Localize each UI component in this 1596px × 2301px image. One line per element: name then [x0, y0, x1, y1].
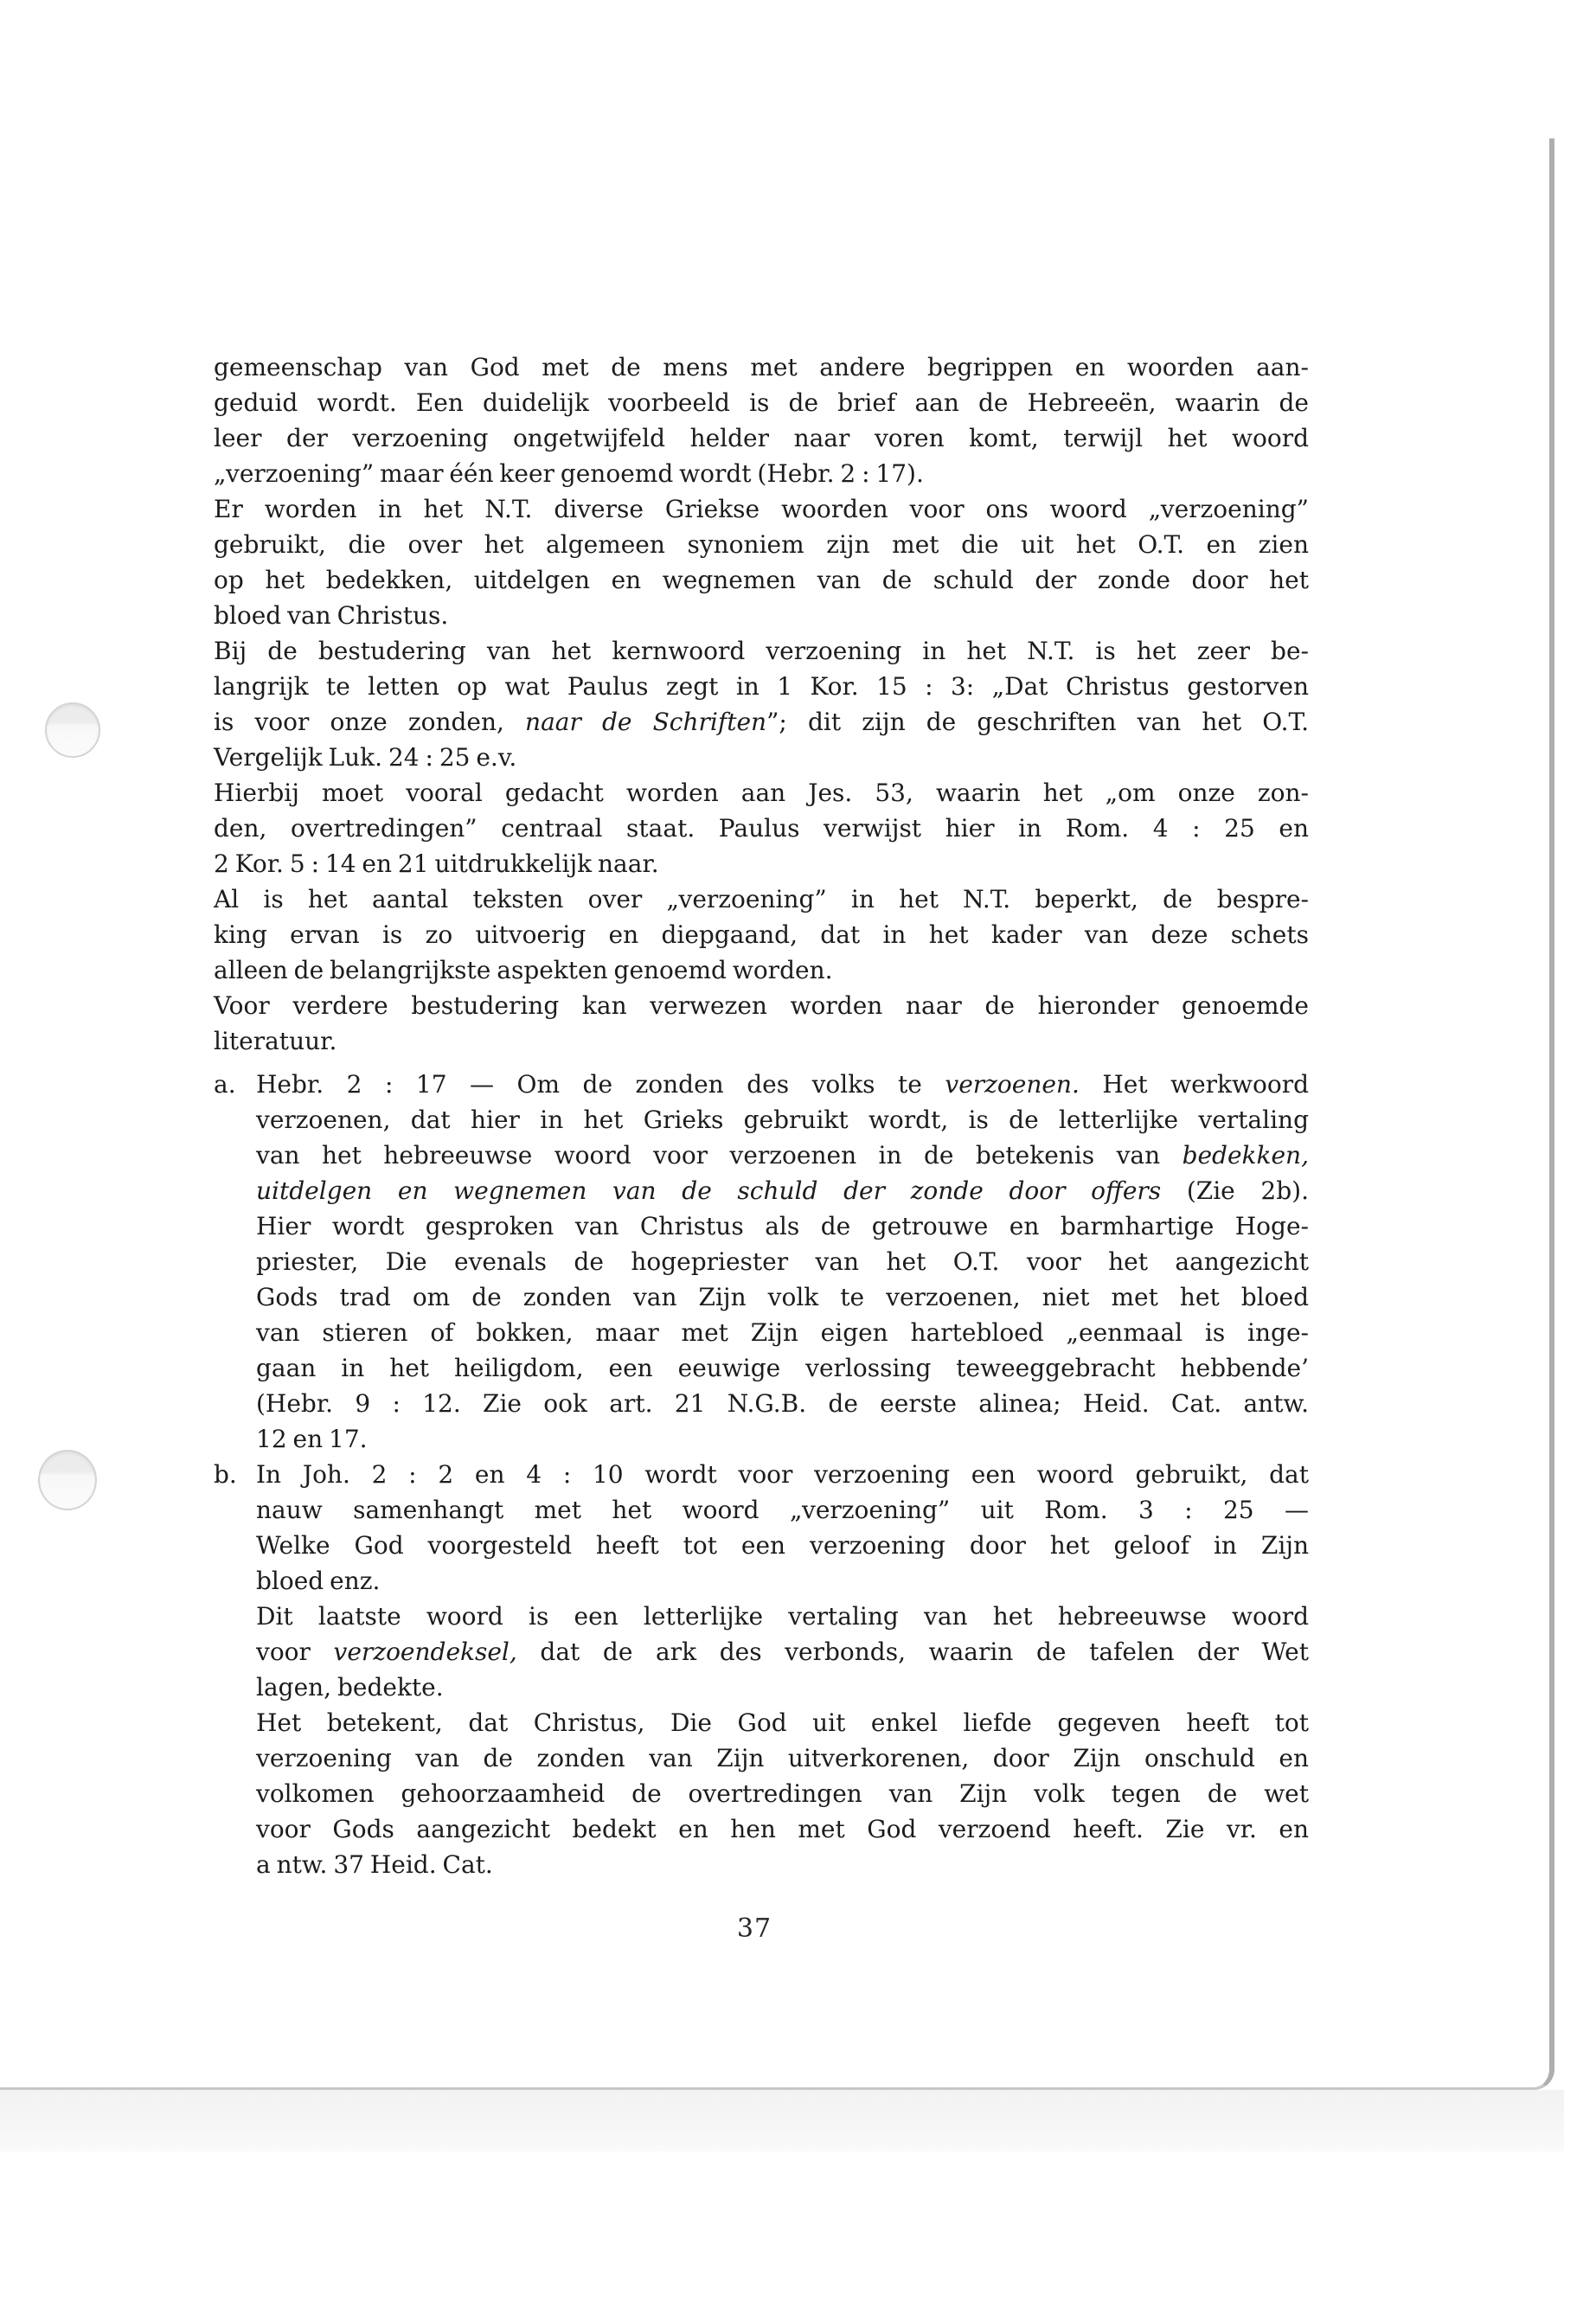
text-segment: literatuur.: [214, 1027, 337, 1055]
text-segment: Al is het aantal teksten over „verzoenin…: [214, 885, 1309, 913]
text-segment: van het hebreeuwse woord voor verzoenen …: [256, 1141, 1183, 1170]
text-line: verzoening van de zonden van Zijn uitver…: [214, 1740, 1309, 1776]
text-line: verzoenen, dat hier in het Grieks gebrui…: [214, 1102, 1309, 1138]
text-segment: bloed van Christus.: [214, 601, 448, 630]
text-line: alleen de belangrijkste aspekten genoemd…: [214, 952, 1309, 988]
text-line: Gods trad om de zonden van Zijn volk te …: [214, 1279, 1309, 1315]
text-segment: Gods trad om de zonden van Zijn volk te …: [256, 1283, 1309, 1311]
text-segment: Vergelijk Luk. 24 : 25 e.v.: [214, 743, 516, 772]
text-segment: „verzoening” maar één keer genoemd wordt…: [214, 459, 924, 488]
page-number: 37: [702, 1913, 806, 1944]
text-line: Al is het aantal teksten over „verzoenin…: [214, 881, 1309, 917]
italic-text: naar de Schriften: [525, 708, 766, 736]
text-line: a.Hebr. 2 : 17 — Om de zonden des volks …: [214, 1067, 1309, 1102]
text-line: geduid wordt. Een duidelijk voorbeeld is…: [214, 385, 1309, 420]
scanner-bed-strip: [0, 2090, 1564, 2151]
text-segment: Voor verdere bestudering kan verwezen wo…: [214, 991, 1309, 1020]
text-segment: a ntw. 37 Heid. Cat.: [256, 1850, 493, 1879]
text-segment: op het bedekken, uitdelgen en wegnemen v…: [214, 566, 1309, 594]
text-line: den, overtredingen” centraal staat. Paul…: [214, 811, 1309, 846]
text-segment: leer der verzoening ongetwijfeld helder …: [214, 424, 1309, 452]
text-segment: 2 Kor. 5 : 14 en 21 uitdrukkelijk naar.: [214, 849, 659, 878]
scanned-page: gemeenschap van God met de mens met ande…: [0, 0, 1596, 2301]
text-segment: gaan in het heiligdom, een eeuwige verlo…: [256, 1354, 1309, 1382]
text-segment: alleen de belangrijkste aspekten genoemd…: [214, 956, 833, 984]
text-segment: 12 en 17.: [256, 1425, 368, 1453]
text-segment: priester, Die evenals de hogepriester va…: [256, 1247, 1309, 1276]
text-line: langrijk te letten op wat Paulus zegt in…: [214, 669, 1309, 704]
text-line: Het betekent, dat Christus, Die God uit …: [214, 1705, 1309, 1740]
italic-text: verzoendeksel,: [334, 1638, 517, 1666]
text-line: gebruikt, die over het algemeen synoniem…: [214, 527, 1309, 562]
text-line: Welke God voorgesteld heeft tot een verz…: [214, 1528, 1309, 1563]
text-line: Dit laatste woord is een letterlijke ver…: [214, 1599, 1309, 1634]
list-marker: a.: [214, 1067, 236, 1102]
text-segment: Het werkwoord: [1080, 1070, 1309, 1099]
text-line: is voor onze zonden, naar de Schriften”;…: [214, 704, 1309, 740]
text-segment: (Hebr. 9 : 12. Zie ook art. 21 N.G.B. de…: [256, 1389, 1309, 1418]
text-segment: gemeenschap van God met de mens met ande…: [214, 353, 1309, 381]
text-line: a ntw. 37 Heid. Cat.: [214, 1847, 1309, 1882]
text-segment: den, overtredingen” centraal staat. Paul…: [214, 814, 1309, 843]
text-line: Hierbij moet vooral gedacht worden aan J…: [214, 775, 1309, 811]
text-line: Er worden in het N.T. diverse Griekse wo…: [214, 491, 1309, 527]
body-text: gemeenschap van God met de mens met ande…: [214, 349, 1309, 1882]
text-line: king ervan is zo uitvoerig en diepgaand,…: [214, 917, 1309, 952]
text-line: literatuur.: [214, 1023, 1309, 1059]
text-line: bloed enz.: [214, 1563, 1309, 1599]
text-line: van stieren of bokken, maar met Zijn eig…: [214, 1315, 1309, 1350]
italic-text: bedekken,: [1183, 1141, 1309, 1170]
text-segment: geduid wordt. Een duidelijk voorbeeld is…: [214, 388, 1309, 417]
italic-text: uitdelgen en wegnemen van de schuld der …: [256, 1176, 1161, 1205]
punch-hole-bottom: [38, 1450, 97, 1510]
text-segment: verzoening van de zonden van Zijn uitver…: [256, 1744, 1309, 1772]
text-segment: Hebr. 2 : 17 — Om de zonden des volks te: [256, 1070, 945, 1099]
text-segment: (Zie 2b).: [1161, 1176, 1309, 1205]
text-line: 2 Kor. 5 : 14 en 21 uitdrukkelijk naar.: [214, 846, 1309, 881]
text-segment: Bij de bestudering van het kernwoord ver…: [214, 637, 1309, 665]
text-segment: lagen, bedekte.: [256, 1673, 444, 1702]
text-line: voor verzoendeksel, dat de ark des verbo…: [214, 1634, 1309, 1670]
text-segment: ”; dit zijn de geschriften van het O.T.: [766, 708, 1309, 736]
text-segment: Welke God voorgesteld heeft tot een verz…: [256, 1531, 1309, 1560]
text-line: gaan in het heiligdom, een eeuwige verlo…: [214, 1350, 1309, 1386]
text-line: leer der verzoening ongetwijfeld helder …: [214, 420, 1309, 456]
text-line: Vergelijk Luk. 24 : 25 e.v.: [214, 740, 1309, 775]
text-line: op het bedekken, uitdelgen en wegnemen v…: [214, 562, 1309, 598]
text-line: (Hebr. 9 : 12. Zie ook art. 21 N.G.B. de…: [214, 1386, 1309, 1421]
text-line: Bij de bestudering van het kernwoord ver…: [214, 633, 1309, 669]
text-line: volkomen gehoorzaamheid de overtredingen…: [214, 1776, 1309, 1811]
text-line: voor Gods aangezicht bedekt en hen met G…: [214, 1811, 1309, 1847]
italic-text: verzoenen.: [945, 1070, 1080, 1099]
text-segment: Dit laatste woord is een letterlijke ver…: [256, 1602, 1309, 1631]
text-segment: van stieren of bokken, maar met Zijn eig…: [256, 1318, 1309, 1347]
text-line: van het hebreeuwse woord voor verzoenen …: [214, 1138, 1309, 1173]
text-line: nauw samenhangt met het woord „verzoenin…: [214, 1492, 1309, 1528]
text-line: lagen, bedekte.: [214, 1670, 1309, 1705]
text-segment: Hierbij moet vooral gedacht worden aan J…: [214, 779, 1309, 807]
text-line: uitdelgen en wegnemen van de schuld der …: [214, 1173, 1309, 1208]
text-line: 12 en 17.: [214, 1421, 1309, 1457]
text-segment: volkomen gehoorzaamheid de overtredingen…: [256, 1779, 1309, 1808]
text-segment: gebruikt, die over het algemeen synoniem…: [214, 530, 1309, 559]
text-line: bloed van Christus.: [214, 598, 1309, 633]
punch-hole-top: [45, 702, 100, 758]
text-line: priester, Die evenals de hogepriester va…: [214, 1244, 1309, 1279]
text-segment: bloed enz.: [256, 1567, 380, 1595]
text-line: b.In Joh. 2 : 2 en 4 : 10 wordt voor ver…: [214, 1457, 1309, 1492]
list-marker: b.: [214, 1457, 237, 1492]
text-line: Hier wordt gesproken van Christus als de…: [214, 1208, 1309, 1244]
text-segment: voor: [256, 1638, 334, 1666]
text-segment: is voor onze zonden,: [214, 708, 525, 736]
text-line: „verzoening” maar één keer genoemd wordt…: [214, 456, 1309, 491]
text-segment: nauw samenhangt met het woord „verzoenin…: [256, 1496, 1309, 1524]
text-segment: Het betekent, dat Christus, Die God uit …: [256, 1708, 1309, 1737]
text-segment: Hier wordt gesproken van Christus als de…: [256, 1212, 1309, 1240]
text-segment: In Joh. 2 : 2 en 4 : 10 wordt voor verzo…: [256, 1460, 1309, 1489]
text-segment: dat de ark des verbonds, waarin de tafel…: [517, 1638, 1309, 1666]
text-line: Voor verdere bestudering kan verwezen wo…: [214, 988, 1309, 1023]
text-segment: langrijk te letten op wat Paulus zegt in…: [214, 672, 1309, 701]
text-segment: voor Gods aangezicht bedekt en hen met G…: [256, 1815, 1309, 1843]
text-segment: verzoenen, dat hier in het Grieks gebrui…: [256, 1106, 1309, 1134]
text-segment: king ervan is zo uitvoerig en diepgaand,…: [214, 920, 1309, 949]
text-segment: Er worden in het N.T. diverse Griekse wo…: [214, 495, 1309, 523]
text-line: gemeenschap van God met de mens met ande…: [214, 349, 1309, 385]
